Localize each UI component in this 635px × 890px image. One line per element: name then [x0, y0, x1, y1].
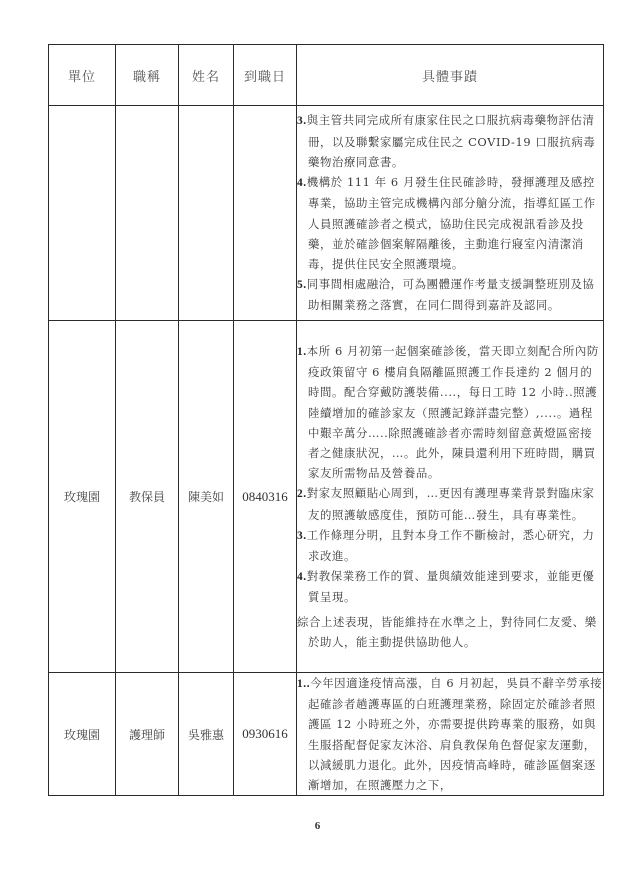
detail-item: 1.本所 6 月初第一起個案確診後，當天即立刻配合所內防疫政策留守 6 樓肩負隔… — [297, 341, 603, 483]
detail-item: 1..今年因適逢疫情高漲，自 6 月初起，吳員不辭辛勞承接起確診者趟護專區的白班… — [297, 673, 603, 795]
table-row: 3.與主管共同完成所有康家住民之口服抗病毒藥物評估清冊，以及聯繫家屬完成住民之 … — [49, 106, 604, 321]
header-details: 具體事蹟 — [297, 45, 604, 106]
detail-item: 3.工作條理分明，且對本身工作不斷檢討，悉心研究，力求改進。 — [297, 525, 603, 566]
cell-unit — [49, 106, 116, 321]
table-header-row: 單位 職稱 姓名 到職日 具體事蹟 — [49, 45, 604, 106]
commendation-table: 單位 職稱 姓名 到職日 具體事蹟 3.與主管共同完成所有康家住民之口服抗病毒藥… — [48, 44, 604, 796]
cell-details: 1.本所 6 月初第一起個案確診後，當天即立刻配合所內防疫政策留守 6 樓肩負隔… — [297, 321, 604, 673]
header-title: 職稱 — [116, 45, 179, 106]
header-unit: 單位 — [49, 45, 116, 106]
table-row: 玫瑰園 護理師 吳雅惠 0930616 1..今年因適逢疫情高漲，自 6 月初起… — [49, 673, 604, 796]
detail-item: 4.機構於 111 年 6 月發生住民確診時，發揮護理及感控專業，協助主管完成機… — [297, 172, 603, 274]
detail-item: 4.對教保業務工作的質、量與績效能達到要求，並能更優質呈現。 — [297, 566, 603, 607]
detail-summary: 綜合上述表現，皆能維持在水準之上，對待同仁友愛、樂於助人，能主動提供協助他人。 — [297, 612, 603, 652]
cell-name: 陳美如 — [179, 321, 234, 673]
detail-item: 2.對家友照顧貼心周到，…更因有護理專業背景對臨床家友的照護敏感度佳，預防可能…… — [297, 483, 603, 524]
cell-title — [116, 106, 179, 321]
cell-name — [179, 106, 234, 321]
detail-item: 3.與主管共同完成所有康家住民之口服抗病毒藥物評估清冊，以及聯繫家屬完成住民之 … — [297, 110, 603, 172]
cell-details: 1..今年因適逢疫情高漲，自 6 月初起，吳員不辭辛勞承接起確診者趟護專區的白班… — [297, 673, 604, 796]
page-number: 6 — [0, 820, 635, 832]
cell-unit: 玫瑰園 — [49, 673, 116, 796]
header-start-date: 到職日 — [234, 45, 297, 106]
cell-start-date: 0930616 — [234, 673, 297, 796]
cell-details: 3.與主管共同完成所有康家住民之口服抗病毒藥物評估清冊，以及聯繫家屬完成住民之 … — [297, 106, 604, 321]
document-page: 單位 職稱 姓名 到職日 具體事蹟 3.與主管共同完成所有康家住民之口服抗病毒藥… — [0, 0, 635, 890]
cell-title: 教保員 — [116, 321, 179, 673]
cell-start-date — [234, 106, 297, 321]
cell-name: 吳雅惠 — [179, 673, 234, 796]
cell-unit: 玫瑰園 — [49, 321, 116, 673]
detail-item: 5.同事間相處融洽，可為團體運作考量支援調整班別及協助相關業務之落實，在同仁間得… — [297, 274, 603, 315]
cell-title: 護理師 — [116, 673, 179, 796]
header-name: 姓名 — [179, 45, 234, 106]
table-row: 玫瑰園 教保員 陳美如 0840316 1.本所 6 月初第一起個案確診後，當天… — [49, 321, 604, 673]
cell-start-date: 0840316 — [234, 321, 297, 673]
